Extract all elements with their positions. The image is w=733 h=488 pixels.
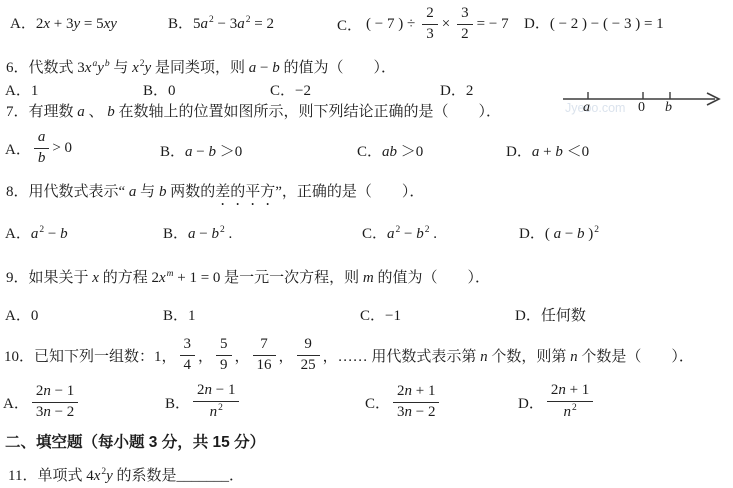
fraction-denominator: 25 xyxy=(297,356,320,374)
fraction: 2 3 xyxy=(422,6,438,43)
number-line: Jyeoo.com a 0 b xyxy=(561,84,731,120)
comma: ， xyxy=(235,345,250,366)
section-2-title: 二、填空题（每小题 3 分，共 15 分） xyxy=(5,430,265,452)
q10-stem-pre: 10．已知下列一组数：1， xyxy=(4,345,177,366)
q8-option-a: A．a2 − b xyxy=(5,222,68,243)
fraction-numerator: 2n + 1 xyxy=(393,384,439,403)
q6-option-c: C．−2 xyxy=(270,79,311,100)
fraction-denominator: n2 xyxy=(547,402,593,421)
fraction: 2n + 1 3n − 2 xyxy=(393,384,439,421)
fraction-denominator: 4 xyxy=(180,356,196,374)
q8-option-c: C．a2 − b2 . xyxy=(362,222,437,243)
fraction: 2n − 1 3n − 2 xyxy=(32,384,78,421)
q10-option-b-label: B． xyxy=(165,392,190,413)
fraction-numerator: 2 xyxy=(422,6,438,25)
exam-page: A．2x + 3y = 5xy B．5a2 − 3a2 = 2 C． ( − 7… xyxy=(0,0,733,488)
fraction-denominator: n2 xyxy=(193,402,239,421)
watermark: Jyeoo.com xyxy=(565,101,625,115)
fraction: 3 4 xyxy=(180,337,196,374)
q10-option-d-label: D． xyxy=(518,392,544,413)
q5-option-c-pre: ( − 7 ) ÷ xyxy=(366,16,415,33)
fraction-denominator: 9 xyxy=(216,356,232,374)
fraction-denominator: 3n − 2 xyxy=(393,403,439,421)
q10-option-a-label: A． xyxy=(3,392,29,413)
number-line-label-zero: 0 xyxy=(638,100,645,116)
fraction-denominator: 2 xyxy=(457,25,473,43)
fraction-numerator: 2n − 1 xyxy=(193,383,239,402)
fraction-numerator: a xyxy=(34,130,50,149)
fraction-denominator: 16 xyxy=(253,356,276,374)
q10-option-c-label: C． xyxy=(365,392,390,413)
fraction: 2n + 1 n2 xyxy=(547,383,593,421)
question-11-stem: 11．单项式 4x2y 的系数是_______． xyxy=(8,464,244,485)
number-line-label-a: a xyxy=(583,100,590,116)
fraction: a b xyxy=(34,130,50,167)
q8-option-d: D．( a − b )2 xyxy=(519,222,599,243)
number-line-label-b: b xyxy=(665,100,672,116)
q10-stem-post: ，…… 用代数式表示第 n 个数，则第 n 个数是（ ）． xyxy=(323,345,694,366)
q9-option-a: A．0 xyxy=(5,304,38,325)
fraction: 5 9 xyxy=(216,337,232,374)
q8-option-b: B．a − b2 . xyxy=(163,222,232,243)
q10-option-d: D． 2n + 1 n2 xyxy=(518,377,596,427)
question-9-stem: 9．如果关于 x 的方程 2xm + 1 = 0 是一元一次方程，则 m 的值为… xyxy=(6,266,490,287)
q7-option-d: D．a + b ＜0 xyxy=(506,140,589,161)
times-sign: × xyxy=(442,16,450,33)
q5-option-c-post: = − 7 xyxy=(477,16,509,33)
q5-option-c-label: C． xyxy=(337,14,362,35)
q10-option-c: C． 2n + 1 3n − 2 xyxy=(365,377,442,427)
fraction-denominator: 3n − 2 xyxy=(32,403,78,421)
comma: ， xyxy=(198,345,213,366)
q7-option-b: B．a − b ＞0 xyxy=(160,140,242,161)
fraction: 7 16 xyxy=(253,337,276,374)
question-8-stem: 8．用代数式表示“ a 与 b 两数的差的平方”，正确的是（ ）． xyxy=(6,180,424,209)
fraction-numerator: 9 xyxy=(297,337,320,356)
q7-option-a-label: A． xyxy=(5,138,31,159)
fraction: 3 2 xyxy=(457,6,473,43)
fraction: 2n − 1 n2 xyxy=(193,383,239,421)
q9-option-b: B．1 xyxy=(163,304,196,325)
fraction-numerator: 2n + 1 xyxy=(547,383,593,402)
q6-option-a: A．1 xyxy=(5,79,38,100)
comma: ， xyxy=(279,345,294,366)
q7-option-a: A． a b > 0 xyxy=(5,128,72,168)
fraction-numerator: 7 xyxy=(253,337,276,356)
fraction-numerator: 2n − 1 xyxy=(32,384,78,403)
q9-option-d: D．任何数 xyxy=(515,304,586,325)
q7-option-c: C．ab ＞0 xyxy=(357,140,423,161)
q10-option-a: A． 2n − 1 3n − 2 xyxy=(3,377,81,427)
q5-option-b: B．5a2 − 3a2 = 2 xyxy=(168,12,274,33)
q5-option-a: A．2x + 3y = 5xy xyxy=(10,12,117,33)
question-6-stem: 6．代数式 3xayb 与 x2y 是同类项，则 a − b 的值为（ ）． xyxy=(6,56,396,77)
q5-option-d: D．( − 2 ) − ( − 3 ) = 1 xyxy=(524,12,664,33)
q10-option-b: B． 2n − 1 n2 xyxy=(165,377,242,427)
q6-option-d: D．2 xyxy=(440,79,473,100)
question-7-stem: 7．有理数 a 、 b 在数轴上的位置如图所示，则下列结论正确的是（ ）． xyxy=(6,100,501,121)
q6-option-b: B．0 xyxy=(143,79,176,100)
q9-option-c: C．−1 xyxy=(360,304,401,325)
fraction-numerator: 3 xyxy=(457,6,473,25)
fraction-numerator: 5 xyxy=(216,337,232,356)
question-10-stem: 10．已知下列一组数：1， 3 4 ， 5 9 ， 7 16 ， 9 25 ，…… xyxy=(4,333,694,377)
fraction-numerator: 3 xyxy=(180,337,196,356)
q5-option-c: C． ( − 7 ) ÷ 2 3 × 3 2 = − 7 xyxy=(337,0,513,48)
fraction-denominator: b xyxy=(34,149,50,167)
fraction-denominator: 3 xyxy=(422,25,438,43)
q7-option-a-tail: > 0 xyxy=(52,140,72,157)
fraction: 9 25 xyxy=(297,337,320,374)
